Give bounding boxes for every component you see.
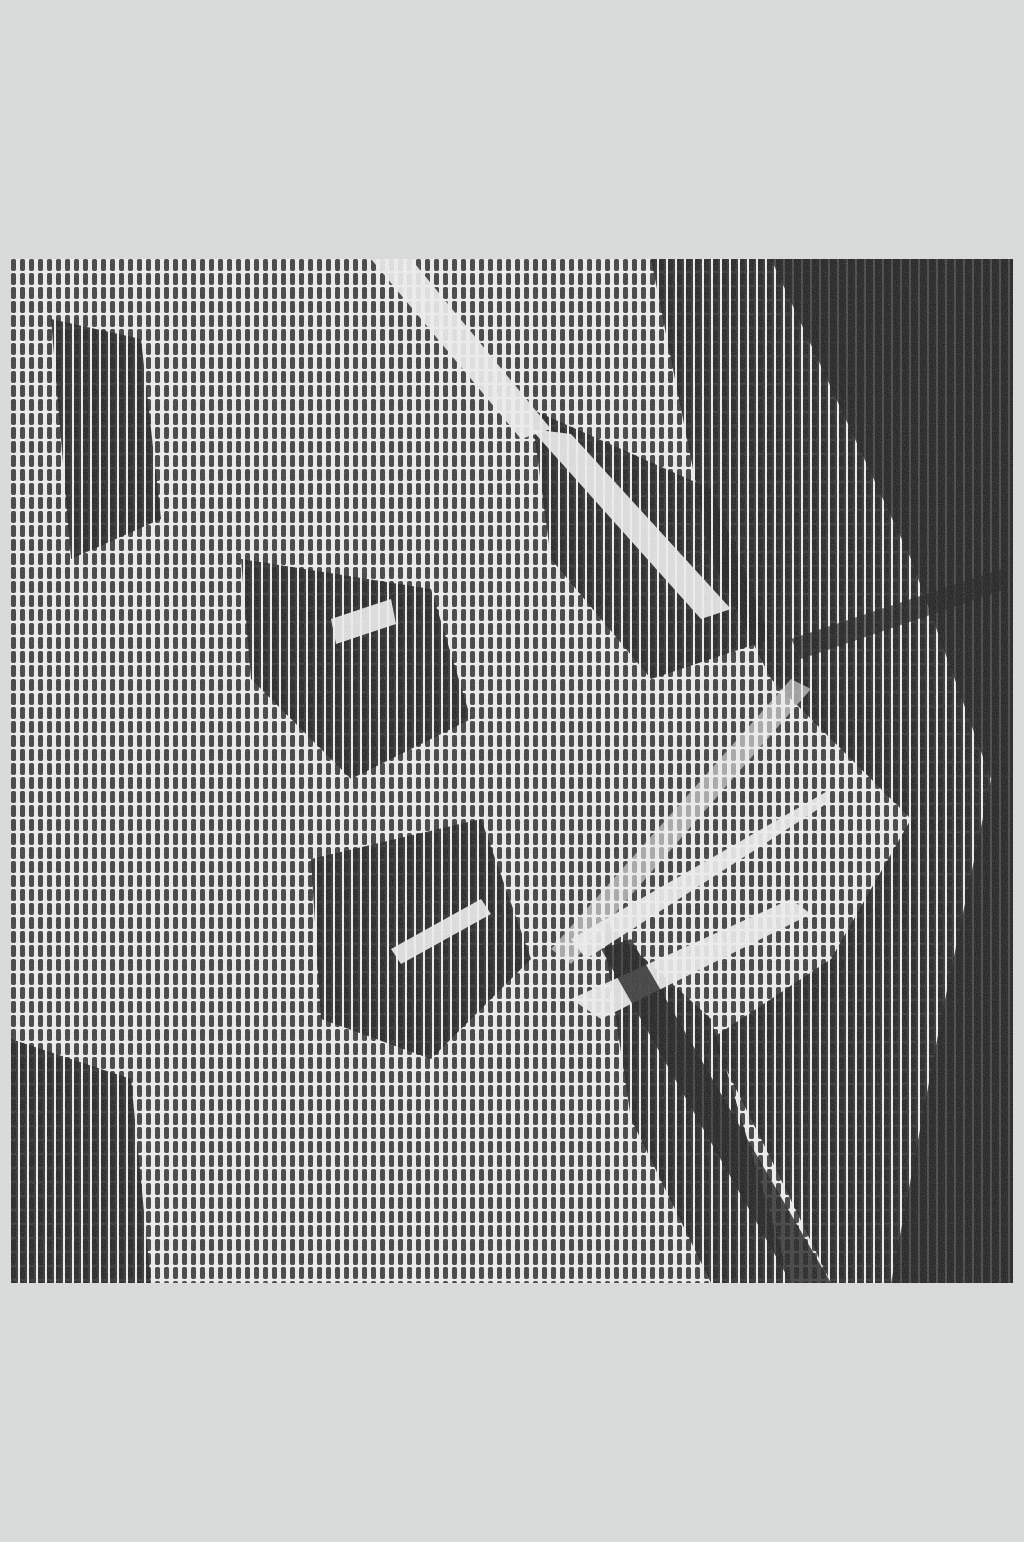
engraving-texture-graphic (11, 259, 1013, 1283)
engraving-texture-image (11, 259, 1013, 1283)
